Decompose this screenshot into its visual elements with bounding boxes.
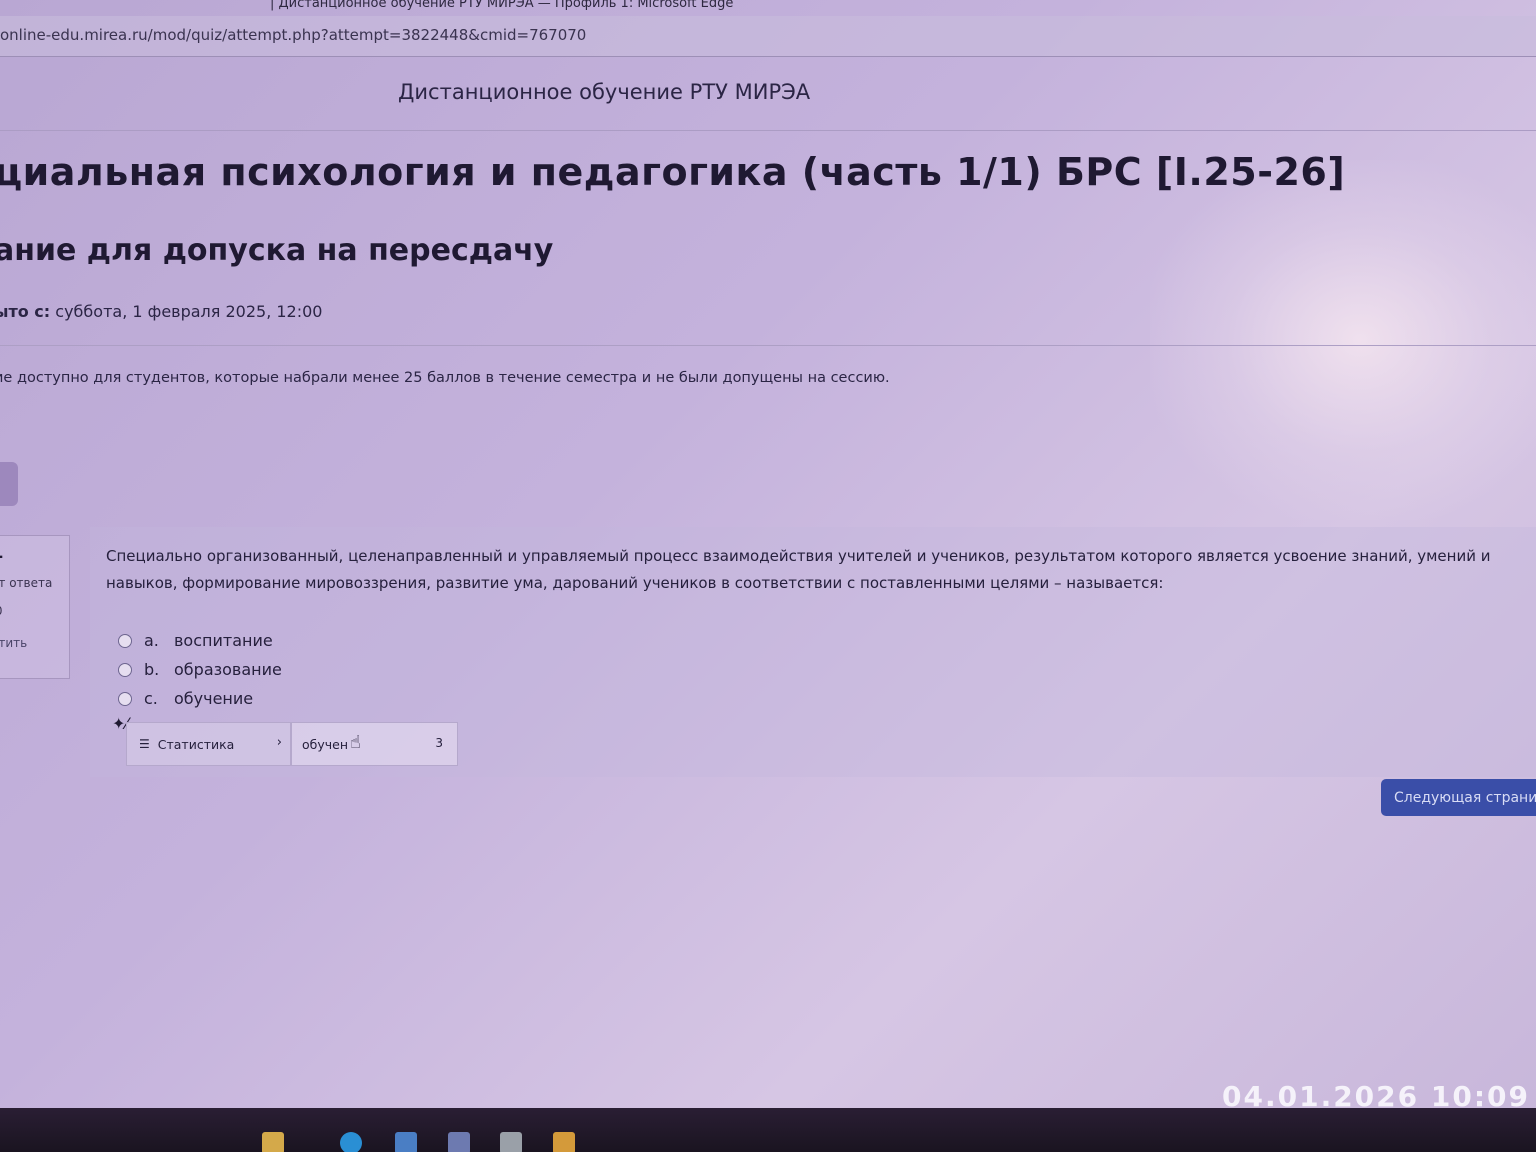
folder-icon[interactable] (553, 1132, 575, 1152)
opened-label: ыто с: (0, 302, 50, 321)
answer-letter: a. (144, 631, 174, 650)
answer-letter: c. (144, 689, 174, 708)
edge-icon[interactable] (340, 1132, 362, 1152)
question-mark: ,0 (0, 604, 2, 618)
answer-option-b[interactable]: b. образование (118, 655, 282, 684)
radio-button[interactable] (118, 634, 132, 648)
site-name[interactable]: Дистанционное обучение РТУ МИРЭА (398, 80, 810, 104)
next-page-button[interactable]: Следующая страница (1381, 779, 1536, 816)
radio-button[interactable] (118, 663, 132, 677)
address-bar[interactable]: online-edu.mirea.ru/mod/quiz/attempt.php… (0, 16, 1536, 57)
back-button[interactable] (0, 462, 18, 506)
start-icon[interactable] (262, 1132, 284, 1152)
taskbar (0, 1128, 1536, 1152)
answer-option-a[interactable]: a. воспитание (118, 626, 282, 655)
question-info-panel: 1 ет ответа ,0 етить (0, 535, 70, 679)
url-text[interactable]: online-edu.mirea.ru/mod/quiz/attempt.php… (0, 26, 586, 44)
statistics-answer-value: обучен (302, 737, 348, 752)
answer-letter: b. (144, 660, 174, 679)
statistics-label: Статистика (158, 737, 235, 752)
statistics-menu-item[interactable]: ☰ Статистика › (126, 722, 291, 766)
excel-icon[interactable] (500, 1132, 522, 1152)
window-title: | Дистанционное обучение РТУ МИРЭА — Про… (270, 0, 733, 11)
question-status: ет ответа (0, 576, 52, 590)
divider (0, 345, 1536, 346)
answer-option-c[interactable]: c. обучение (118, 684, 282, 713)
opened-value: суббота, 1 февраля 2025, 12:00 (55, 302, 322, 321)
chevron-right-icon: › (277, 735, 282, 750)
answer-text[interactable]: обучение (174, 689, 253, 708)
document-icon[interactable] (448, 1132, 470, 1152)
stats-icon: ☰ (139, 737, 150, 751)
statistics-answer-row[interactable]: обучен 3 (291, 722, 458, 766)
quiz-title: ание для допуска на пересдачу (0, 233, 553, 268)
screen-glare (1150, 160, 1536, 520)
answer-list: a. воспитание b. образование c. обучение (118, 626, 282, 713)
extension-popup: ☰ Статистика › обучен 3 (126, 722, 458, 766)
course-title: циальная психология и педагогика (часть … (0, 150, 1345, 194)
quiz-description: ие доступно для студентов, которые набра… (0, 370, 890, 386)
statistics-answer-count: 3 (435, 736, 443, 750)
word-icon[interactable] (395, 1132, 417, 1152)
question-text: Специально организованный, целенаправлен… (106, 543, 1506, 597)
site-header: Дистанционное обучение РТУ МИРЭА (0, 60, 1536, 131)
opened-date: ыто с: суббота, 1 февраля 2025, 12:00 (0, 302, 322, 321)
flag-question-link[interactable]: етить (0, 636, 27, 650)
photo-timestamp: 04.01.2026 10:09 (1222, 1080, 1530, 1113)
radio-button[interactable] (118, 692, 132, 706)
question-number: 1 (0, 542, 4, 563)
hand-cursor-icon: ☝ (350, 732, 361, 753)
window-titlebar: | Дистанционное обучение РТУ МИРЭА — Про… (0, 0, 1536, 14)
answer-text[interactable]: воспитание (174, 631, 273, 650)
answer-text[interactable]: образование (174, 660, 282, 679)
